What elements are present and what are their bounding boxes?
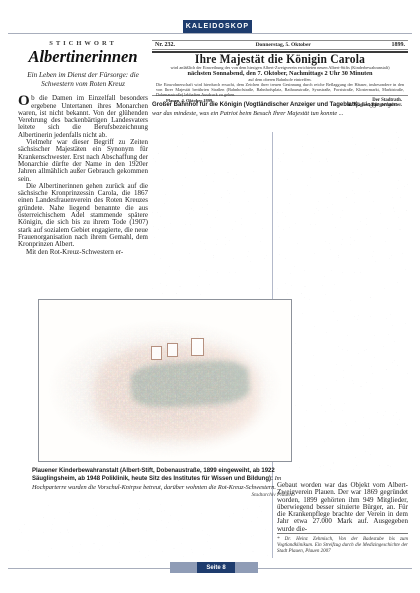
footnote: * Dr. Heinz Zehmisch, Von der Badestube … <box>277 537 408 554</box>
clipping-line: Die Einwohnerschaft wird hierdurch ersuc… <box>152 83 408 97</box>
article-subtitle: Ein Leben im Dienst der Fürsorge: die Sc… <box>18 71 148 88</box>
clipping-date: Donnerstag, 5. Oktober <box>256 42 311 48</box>
kicker: STICHWORT <box>18 40 148 47</box>
paragraph: Ob die Damen im Einzelfall besonders erg… <box>18 95 148 139</box>
paragraph-text: b die Damen im Einzelfall besonders erge… <box>18 94 148 138</box>
clipping-year: 1899. <box>391 42 405 48</box>
faded-text-block <box>18 503 268 558</box>
photo-window-mark <box>151 346 162 360</box>
caption-bold: Großer Bahnhof für die Königin (Vogtländ… <box>152 102 360 108</box>
header-rule <box>8 33 412 34</box>
paragraph: Die Albertinerinnen gehen zurück auf die… <box>18 183 148 249</box>
paragraph: Mit den Rot-Kreuz-Schwestern er- <box>18 249 148 256</box>
page-number-badge: Seite 8 <box>197 562 235 573</box>
newspaper-clipping: Nr. 232. Donnerstag, 5. Oktober 1899. Ih… <box>152 40 408 96</box>
dropcap: O <box>18 95 31 108</box>
right-column-paragraph: Gebaut worden war das Objekt vom Albert-… <box>277 482 408 533</box>
caption-bold: Plauener Kinderbewahranstalt (Albert-Sti… <box>32 468 275 482</box>
faded-text-block <box>152 132 268 295</box>
photo-window-mark <box>167 343 178 357</box>
article-title: Albertinerinnen <box>18 48 148 65</box>
section-badge: KALEIDOSKOP <box>183 20 252 33</box>
photo-credit: Stadtarchiv Plauen <box>32 492 292 499</box>
magazine-page: KALEIDOSKOP STICHWORT Albertinerinnen Ei… <box>0 0 420 593</box>
article-body: Ob die Damen im Einzelfall besonders erg… <box>18 95 148 256</box>
clipping-rule <box>152 49 408 50</box>
footer-bar: Seite 8 <box>170 562 258 573</box>
archive-photo <box>38 299 292 462</box>
photo-grain <box>39 300 291 461</box>
clipping-issue-number: Nr. 232. <box>155 42 175 48</box>
clipping-caption: Großer Bahnhof für die Königin (Vogtländ… <box>152 101 408 117</box>
page-number-label: Seite 8 <box>206 565 225 571</box>
clipping-masthead: Nr. 232. Donnerstag, 5. Oktober 1899. <box>152 41 408 49</box>
section-badge-label: KALEIDOSKOP <box>186 23 249 30</box>
faded-text-block <box>277 132 408 477</box>
clipping-headline: Ihre Majestät die Königin Carola <box>152 54 408 67</box>
article-column: STICHWORT Albertinerinnen Ein Leben im D… <box>18 40 148 256</box>
photo-caption: Plauener Kinderbewahranstalt (Albert-Sti… <box>32 467 292 500</box>
photo-window-mark <box>191 338 204 356</box>
footnote-separator <box>277 533 408 534</box>
paragraph: Vielmehr war dieser Begriff zu Zeiten sä… <box>18 139 148 183</box>
